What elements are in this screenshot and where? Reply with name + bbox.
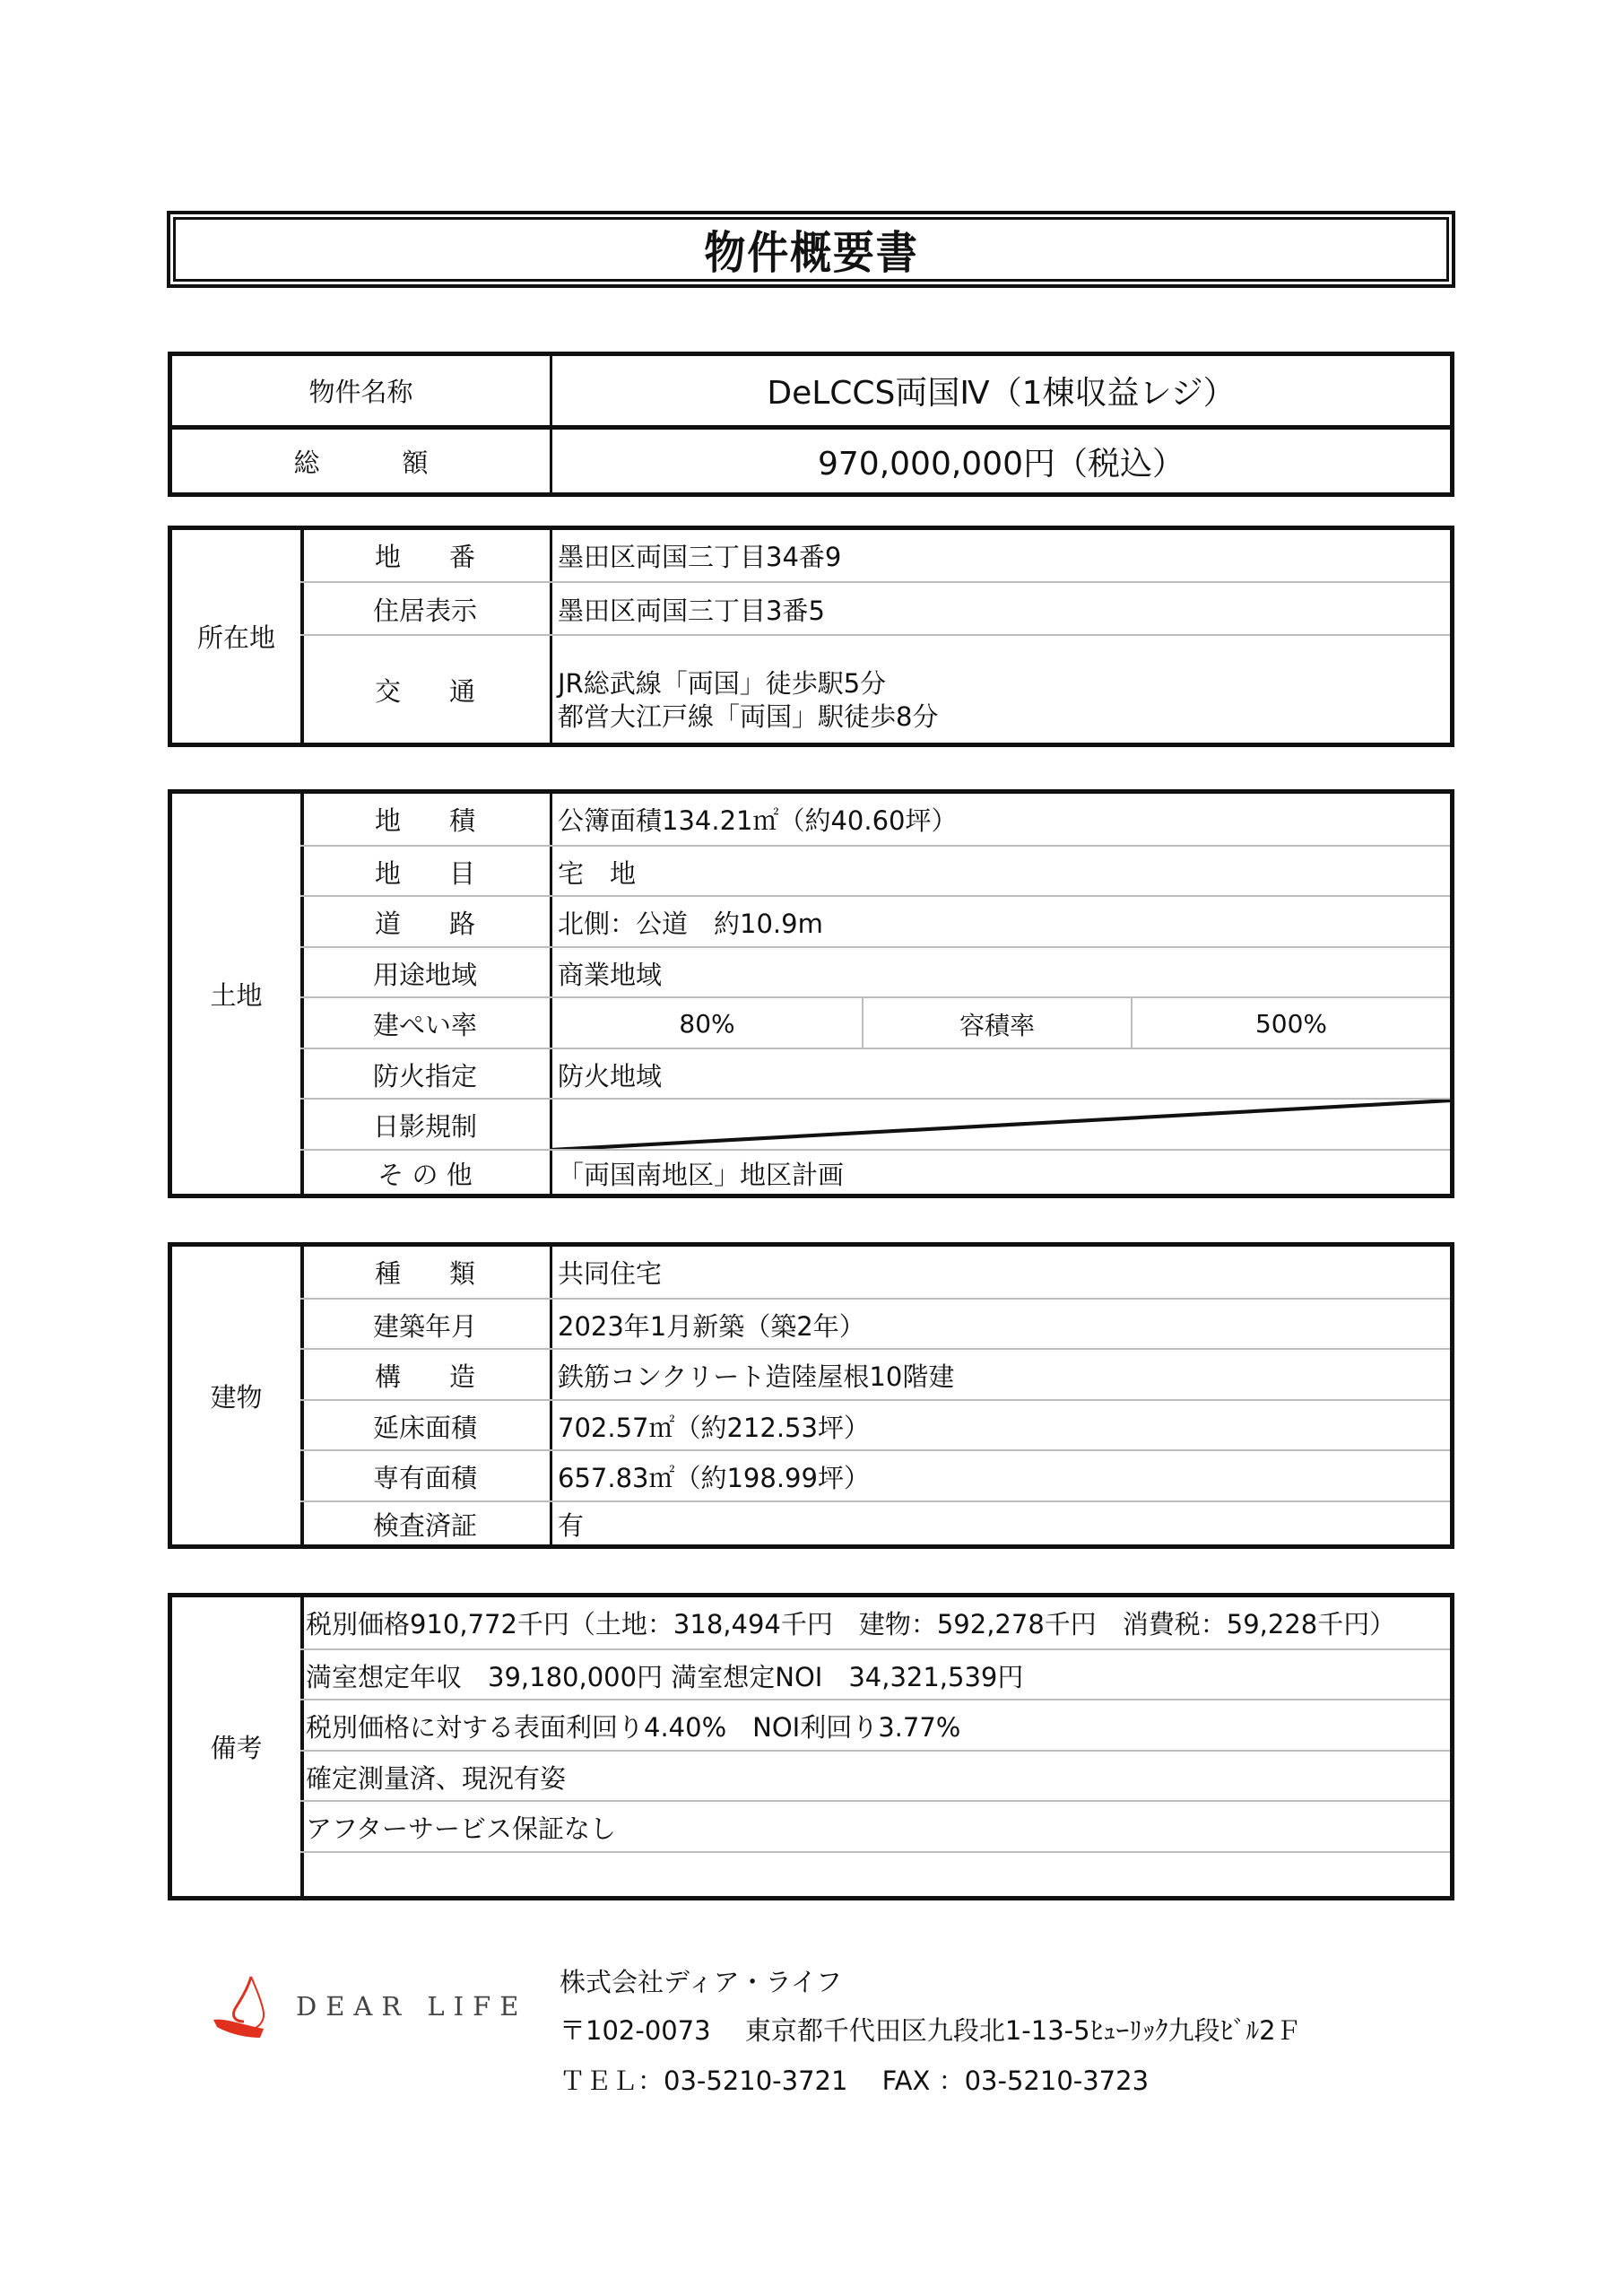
remarks-text: 税別価格910,772千円（土地：318,494千円 建物：592,278千円 … bbox=[300, 1597, 1450, 1648]
building-row-exclusive-area: 専有面積 657.83㎡（約198.99坪） bbox=[300, 1449, 1450, 1502]
row-label: 用途地域 bbox=[300, 948, 552, 998]
built-date-value: 2023年1月新築（築2年） bbox=[552, 1300, 1450, 1350]
row-label: 専有面積 bbox=[300, 1451, 552, 1502]
lot-number-value: 墨田区両国三丁目34番9 bbox=[552, 530, 1450, 581]
row-label: 延床面積 bbox=[300, 1401, 552, 1451]
road-value: 北側：公道 約10.9m bbox=[552, 897, 1450, 948]
transit-line-1: JR総武線「両国」徒歩駅5分 bbox=[558, 667, 886, 700]
location-category: 所在地 bbox=[172, 530, 304, 743]
land-section: 土地 地積 公簿面積134.21㎡（約40.60坪） 地目 宅 地 道路 北側：… bbox=[168, 789, 1454, 1198]
transit-line-2: 都営大江戸線「両国」駅徒歩8分 bbox=[558, 700, 938, 734]
remarks-text: 税別価格に対する表面利回り4.40% NOI利回り3.77% bbox=[300, 1700, 1450, 1752]
row-label: 交通 bbox=[300, 636, 552, 744]
building-type-value: 共同住宅 bbox=[552, 1247, 1450, 1298]
summary-table: 物件名称 DeLCCS両国Ⅳ（1棟収益レジ） 総額 970,000,000円（税… bbox=[168, 352, 1454, 497]
row-label: 地積 bbox=[300, 794, 552, 845]
row-label: 日影規制 bbox=[300, 1100, 552, 1151]
land-row-area: 地積 公簿面積134.21㎡（約40.60坪） bbox=[300, 794, 1450, 845]
building-row-inspection: 検査済証 有 bbox=[300, 1500, 1450, 1546]
remarks-text: アフターサービス保証なし bbox=[300, 1802, 1450, 1853]
remarks-text bbox=[300, 1853, 1450, 1898]
total-label-char-1: 総 bbox=[294, 443, 320, 480]
land-row-shadow: 日影規制 bbox=[300, 1098, 1450, 1151]
label-char-1: 地 bbox=[375, 537, 401, 574]
land-row-road: 道路 北側：公道 約10.9m bbox=[300, 895, 1450, 948]
floor-area-value: 702.57㎡（約212.53坪） bbox=[552, 1401, 1450, 1451]
location-row-address: 住居表示 墨田区両国三丁目3番5 bbox=[300, 581, 1450, 636]
row-label: 道路 bbox=[300, 897, 552, 948]
land-row-fire: 防火指定 防火地域 bbox=[300, 1048, 1450, 1100]
building-category: 建物 bbox=[172, 1247, 304, 1544]
land-row-zoning: 用途地域 商業地域 bbox=[300, 946, 1450, 998]
total-label-char-2: 額 bbox=[402, 443, 428, 480]
label-char-1: 道 bbox=[375, 904, 401, 941]
title-box: 物件概要書 bbox=[167, 211, 1455, 288]
land-row-category: 地目 宅 地 bbox=[300, 845, 1450, 897]
land-category: 土地 bbox=[172, 794, 304, 1194]
land-row-other: そ の 他 「両国南地区」地区計画 bbox=[300, 1149, 1450, 1196]
ratio-cells: 80% 容積率 500% bbox=[552, 998, 1450, 1049]
other-value: 「両国南地区」地区計画 bbox=[552, 1151, 1450, 1196]
property-name-label: 物件名称 bbox=[172, 356, 552, 425]
row-label: 地番 bbox=[300, 530, 552, 581]
land-area-value: 公簿面積134.21㎡（約40.60坪） bbox=[552, 794, 1450, 845]
fire-zone-value: 防火地域 bbox=[552, 1049, 1450, 1100]
label-char-1: 構 bbox=[375, 1357, 401, 1394]
building-section: 建物 種類 共同住宅 建築年月 2023年1月新築（築2年） 構造 鉄筋コンクリ… bbox=[168, 1242, 1454, 1549]
location-row-lot: 地番 墨田区両国三丁目34番9 bbox=[300, 530, 1450, 581]
building-row-type: 種類 共同住宅 bbox=[300, 1247, 1450, 1298]
row-label: 建ぺい率 bbox=[300, 998, 552, 1049]
remarks-category: 備考 bbox=[172, 1597, 304, 1896]
summary-row-name: 物件名称 DeLCCS両国Ⅳ（1棟収益レジ） bbox=[172, 356, 1450, 430]
building-row-structure: 構造 鉄筋コンクリート造陸屋根10階建 bbox=[300, 1348, 1450, 1401]
label-char-2: 目 bbox=[449, 854, 475, 891]
remarks-line-empty bbox=[300, 1851, 1450, 1898]
row-label: 検査済証 bbox=[300, 1502, 552, 1546]
company-address: 〒102-0073 東京都千代田区九段北1-13-5ﾋｭｰﾘｯｸ九段ﾋﾞﾙ2Ｆ bbox=[560, 2011, 1302, 2048]
remarks-line: 確定測量済、現況有姿 bbox=[300, 1750, 1450, 1802]
building-row-built: 建築年月 2023年1月新築（築2年） bbox=[300, 1298, 1450, 1350]
row-label: 地目 bbox=[300, 847, 552, 897]
label-char-2: 路 bbox=[449, 904, 475, 941]
location-section: 所在地 地番 墨田区両国三丁目34番9 住居表示 墨田区両国三丁目3番5 交通 … bbox=[168, 526, 1454, 747]
label-char-1: 交 bbox=[375, 672, 401, 709]
building-row-floor-area: 延床面積 702.57㎡（約212.53坪） bbox=[300, 1399, 1450, 1451]
row-label: 住居表示 bbox=[300, 583, 552, 636]
transit-value: JR総武線「両国」徒歩駅5分 都営大江戸線「両国」駅徒歩8分 bbox=[552, 636, 1450, 744]
inspection-cert-value: 有 bbox=[552, 1502, 1450, 1546]
remarks-text: 確定測量済、現況有姿 bbox=[300, 1752, 1450, 1802]
row-label: 種類 bbox=[300, 1247, 552, 1298]
row-label: そ の 他 bbox=[300, 1151, 552, 1196]
total-label: 総額 bbox=[172, 430, 552, 492]
drop-logo-icon bbox=[208, 1973, 280, 2045]
exclusive-area-value: 657.83㎡（約198.99坪） bbox=[552, 1451, 1450, 1502]
remarks-line: アフターサービス保証なし bbox=[300, 1800, 1450, 1853]
remarks-text: 満室想定年収 39,180,000円 満室想定NOI 34,321,539円 bbox=[300, 1650, 1450, 1700]
page-title: 物件概要書 bbox=[704, 217, 918, 282]
coverage-ratio-value: 80% bbox=[552, 998, 864, 1049]
location-row-transit: 交通 JR総武線「両国」徒歩駅5分 都営大江戸線「両国」駅徒歩8分 bbox=[300, 634, 1450, 744]
row-label: 構造 bbox=[300, 1350, 552, 1401]
label-char-2: 積 bbox=[449, 801, 475, 838]
title-inner-border: 物件概要書 bbox=[173, 217, 1449, 282]
land-row-ratios: 建ぺい率 80% 容積率 500% bbox=[300, 996, 1450, 1049]
remarks-section: 備考 税別価格910,772千円（土地：318,494千円 建物：592,278… bbox=[168, 1593, 1454, 1900]
remarks-line: 税別価格に対する表面利回り4.40% NOI利回り3.77% bbox=[300, 1699, 1450, 1752]
label-char-2: 番 bbox=[449, 537, 475, 574]
row-label: 防火指定 bbox=[300, 1049, 552, 1100]
not-applicable-slash-icon bbox=[552, 1100, 1450, 1151]
label-char-2: 造 bbox=[449, 1357, 475, 1394]
logo-text: DEAR LIFE bbox=[296, 1991, 527, 2022]
label-char-2: 通 bbox=[449, 672, 475, 709]
shadow-regulation-value bbox=[552, 1100, 1450, 1151]
label-char-1: 種 bbox=[375, 1254, 401, 1291]
address-value: 墨田区両国三丁目3番5 bbox=[552, 583, 1450, 636]
structure-value: 鉄筋コンクリート造陸屋根10階建 bbox=[552, 1350, 1450, 1401]
dear-life-logo: DEAR LIFE bbox=[208, 1973, 531, 2045]
property-name-value: DeLCCS両国Ⅳ（1棟収益レジ） bbox=[552, 356, 1450, 425]
remarks-line: 満室想定年収 39,180,000円 満室想定NOI 34,321,539円 bbox=[300, 1648, 1450, 1700]
far-label: 容積率 bbox=[864, 998, 1133, 1049]
far-value: 500% bbox=[1133, 998, 1450, 1049]
zoning-value: 商業地域 bbox=[552, 948, 1450, 998]
label-char-1: 地 bbox=[375, 854, 401, 891]
summary-row-total: 総額 970,000,000円（税込） bbox=[172, 430, 1450, 492]
total-value: 970,000,000円（税込） bbox=[552, 430, 1450, 492]
label-char-2: 類 bbox=[449, 1254, 475, 1291]
remarks-line: 税別価格910,772千円（土地：318,494千円 建物：592,278千円 … bbox=[300, 1597, 1450, 1648]
company-name: 株式会社ディア・ライフ bbox=[560, 1962, 842, 1999]
label-char-1: 地 bbox=[375, 801, 401, 838]
company-contact: ＴＥＬ：03-5210-3721 FAX ：03-5210-3723 bbox=[560, 2061, 1149, 2098]
land-category-value: 宅 地 bbox=[552, 847, 1450, 897]
row-label: 建築年月 bbox=[300, 1300, 552, 1350]
